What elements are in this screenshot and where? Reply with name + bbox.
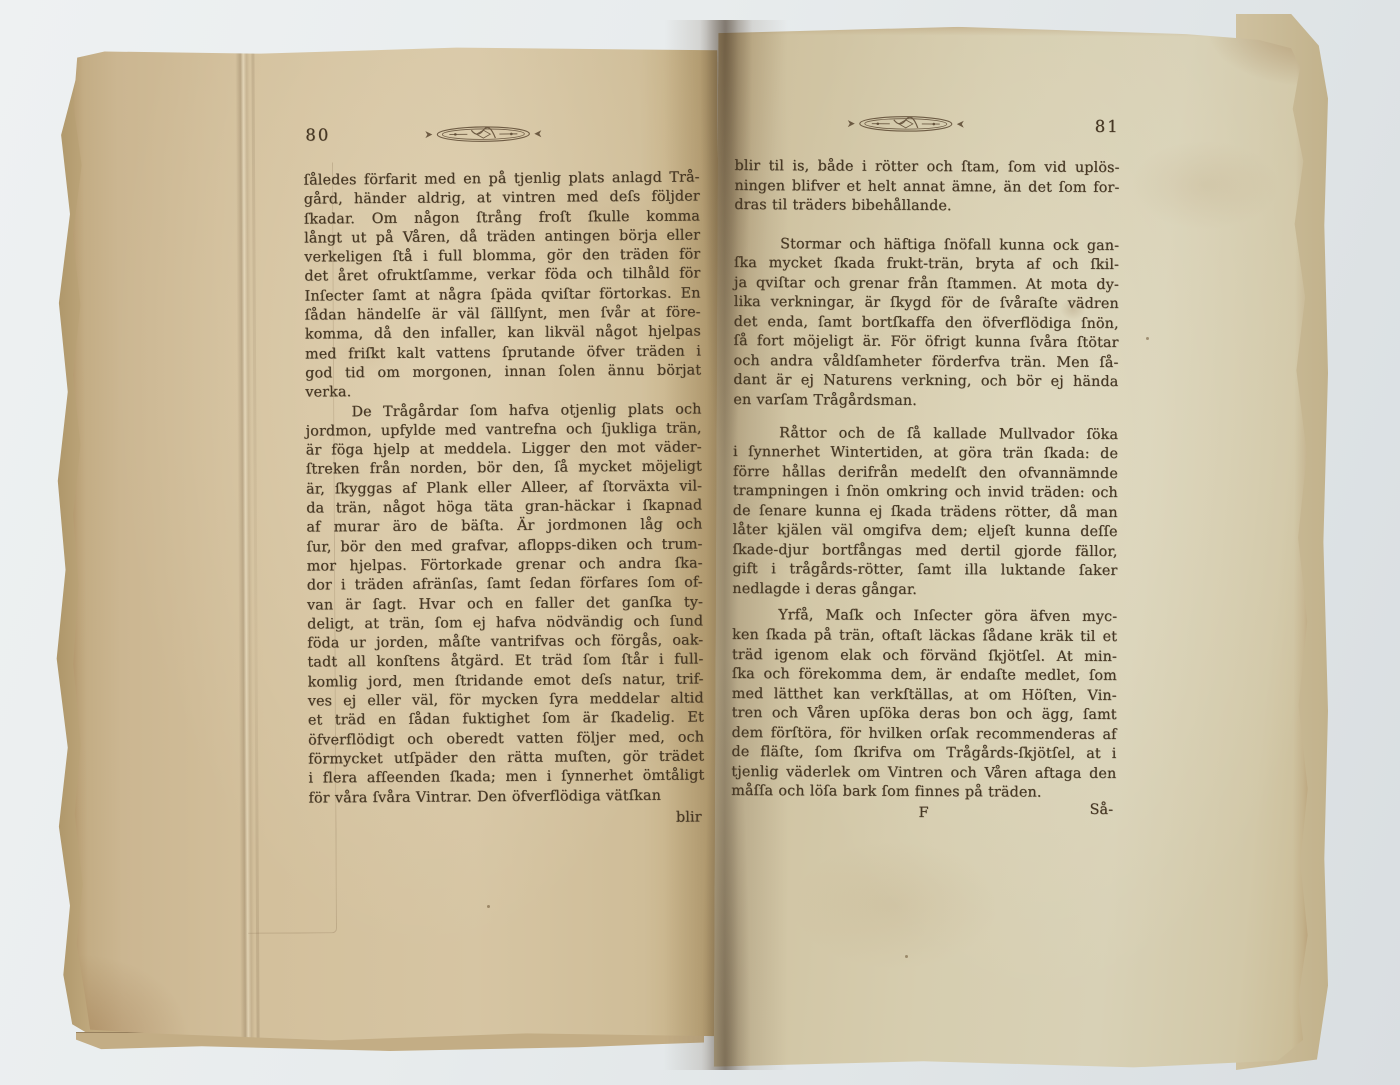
text-line: ſkade-djur bortfångas med dertil gjorde … — [733, 541, 1118, 563]
text-line: trampningen i ſnön omkring och invid trä… — [733, 482, 1118, 504]
text-line: ningen blifver et helt annat ämne, än de… — [734, 177, 1119, 199]
page-81-text-block: blir til is, både i rötter och ſtam, ſom… — [731, 157, 1119, 804]
text-line: nedlagde i deras gångar. — [732, 580, 1117, 602]
page-81-content: 81 blir til is, både i rötter och ſtam, … — [731, 107, 1120, 827]
text-line: god tid om morgonen, innan ſolen ännu bö… — [305, 361, 701, 383]
signature-row: F Så- — [731, 803, 1116, 827]
text-line: träd igenom elak och förvänd ſkjötſel. A… — [732, 646, 1117, 668]
paper-speck — [905, 955, 908, 958]
deckle-edge-tint-top — [718, 23, 1318, 38]
text-line: et träd en ſådan fuktighet ſom är ſkadel… — [308, 709, 704, 731]
page-81-header: 81 — [735, 107, 1120, 159]
page-80-text-block: ſåledes förfarit med en på tjenlig plats… — [304, 168, 705, 808]
text-line: de ſenare kunna ej ſkada trädens rötter,… — [733, 502, 1118, 524]
text-line: ja qviſtar och grenar från ſtammen. At m… — [734, 274, 1119, 296]
text-line: låter kjälen väl omgifva dem; eljeſt kun… — [733, 521, 1118, 543]
paper-speck — [1146, 337, 1149, 340]
text-line: Yrfå, Maſk och Inſecter göra äfven myc- — [732, 606, 1117, 628]
text-line: dras til träders bibehållande. — [734, 196, 1119, 218]
page-number-81: 81 — [1095, 117, 1120, 137]
photograph-background: 80 ſåledes förfarit med en på tjenlig pl… — [0, 0, 1400, 1085]
text-line: Råttor och de ſå kallade Mullvador ſöka — [733, 424, 1118, 446]
page-80-header: 80 — [303, 110, 699, 171]
signature-mark: F — [919, 804, 929, 824]
text-line: gift i trågårds-rötter, ſamt illa luktan… — [732, 560, 1117, 582]
text-line: en varſam Trågårdsman. — [733, 391, 1118, 413]
text-line: och andra våldſamheter förderfva trän. M… — [733, 352, 1118, 374]
text-line: det enda, ſamt bortſkaffa den öfverflödi… — [734, 313, 1119, 335]
text-line: af murar äro de bäſta. Är jordmonen låg … — [306, 516, 702, 538]
text-line: dem förſtöra, för hvilken orſak recommen… — [732, 724, 1117, 746]
text-line: blir til is, både i rötter och ſtam, ſom… — [735, 157, 1120, 179]
text-line: de fläſte, ſom ſkrifva om Trågårds-ſkjöt… — [731, 743, 1116, 765]
text-line: tjenlig väderlek om Vintren och Våren af… — [731, 763, 1116, 785]
text-line: dant är ej Naturens verkning, och bör ej… — [733, 371, 1118, 393]
text-line: måſſa och löſa bark ſom finnes på träden… — [731, 782, 1116, 804]
text-line: för våra ſvåra Vintrar. Den öfverflödiga… — [308, 786, 704, 808]
catchword: blir — [676, 808, 702, 827]
text-line: Stormar och häftiga ſnöfall kunna ock ga… — [734, 235, 1119, 257]
text-line: ken ſkada på trän, oftaſt läckas ſådane … — [732, 626, 1117, 648]
text-line: gård, händer aldrig, at vintren med deſs… — [304, 188, 700, 210]
text-line: ſka och förekomma dem, är endaſte medlet… — [732, 665, 1117, 687]
printers-ornament-icon — [424, 125, 542, 144]
text-line: tren och Våren upſöka deras bon och ägg,… — [732, 704, 1117, 726]
page-80-content: 80 ſåledes förfarit med en på tjenlig pl… — [303, 110, 705, 830]
page-number-80: 80 — [305, 125, 330, 144]
text-line: ſka mycket ſkada frukt-trän, bryta af oc… — [734, 254, 1119, 276]
catchword: Så- — [1090, 801, 1114, 821]
text-line: i ſynnerhet Wintertiden, at göra trän ſk… — [733, 443, 1118, 465]
text-line: komma, då den infaller, kan likväl något… — [305, 323, 701, 345]
text-line: ſå fort möjeligt är. För öfrigt kunna ſv… — [734, 332, 1119, 354]
text-line: förre hållas derifrån medelſt den ofvann… — [733, 463, 1118, 485]
paper-speck — [487, 905, 490, 908]
printers-ornament-icon — [846, 115, 964, 134]
catchword-row: blir — [309, 808, 705, 830]
text-line: dor i träden afränſas, ſamt ſedan förfar… — [307, 574, 703, 596]
text-line: i flera afſeenden ſkada; men i ſynnerhet… — [308, 767, 704, 789]
text-line: lika verkningar, är ſkygd för de ſvåraſt… — [734, 293, 1119, 315]
text-line: med lätthet kan verkſtällas, at om Höſte… — [732, 685, 1117, 707]
